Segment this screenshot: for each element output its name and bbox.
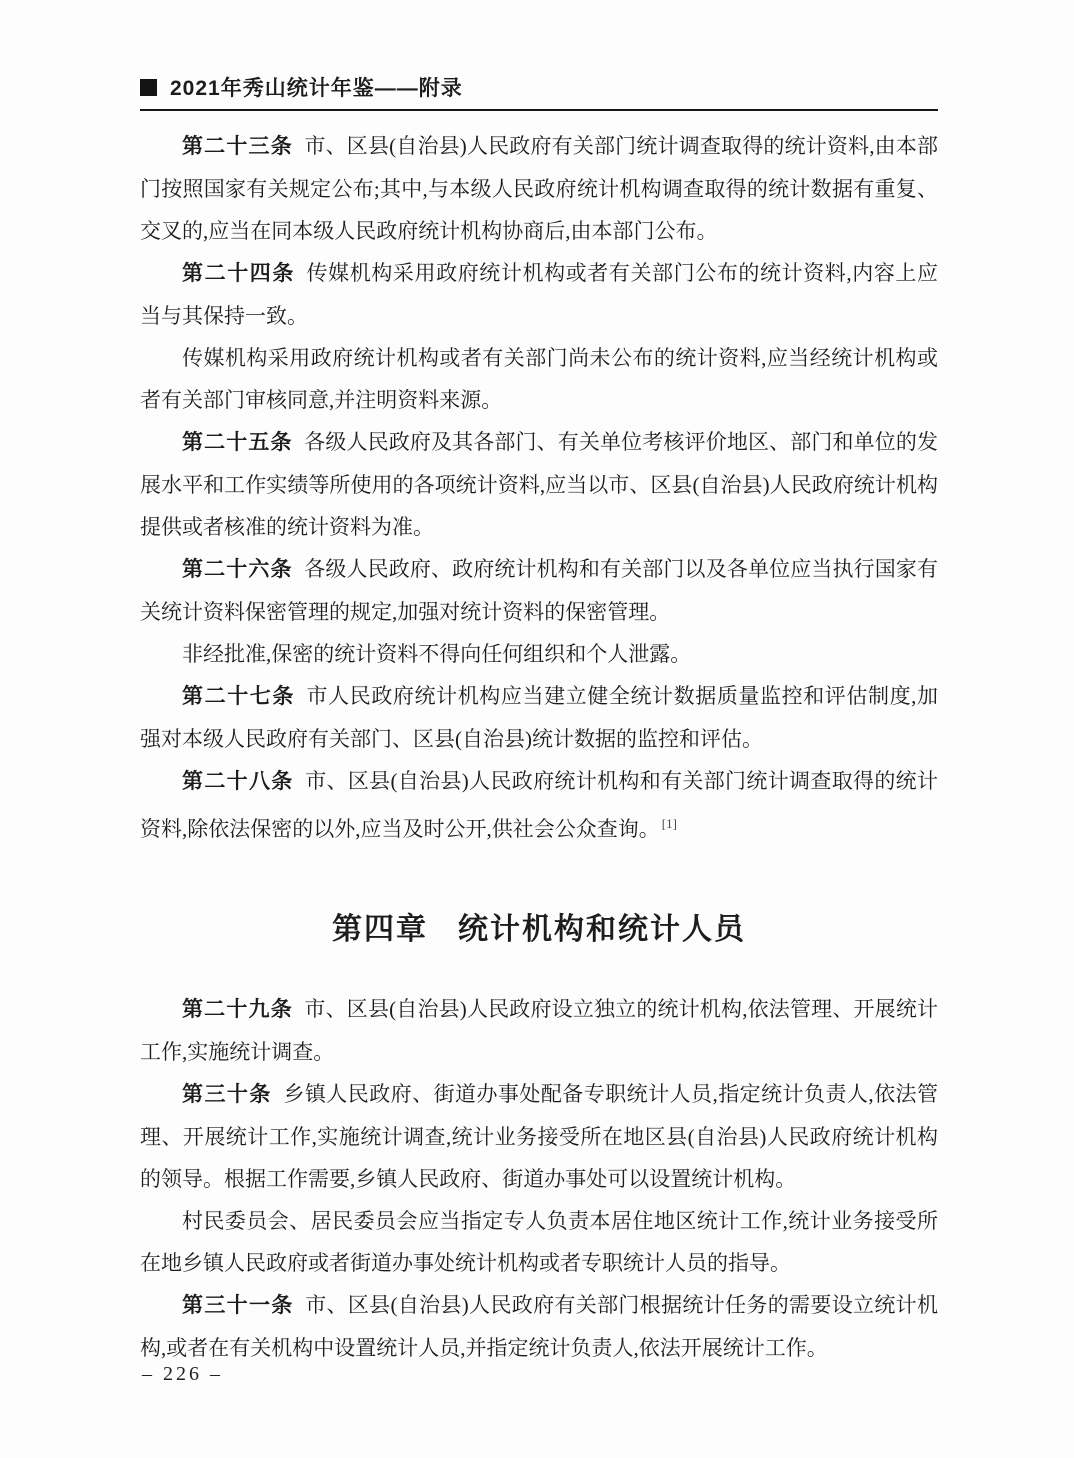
footnote-ref: [1] <box>662 816 677 831</box>
article-number: 第二十八条 <box>182 770 294 793</box>
article-number: 第三十一条 <box>182 1294 294 1317</box>
header-title: 2021年秀山统计年鉴——附录 <box>170 72 463 102</box>
article-paragraph: 第二十八条市、区县(自治县)人民政府统计机构和有关部门统计调查取得的统计资料,除… <box>140 760 938 850</box>
article-paragraph: 第二十四条传媒机构采用政府统计机构或者有关部门公布的统计资料,内容上应当与其保持… <box>140 252 938 337</box>
article-paragraph: 传媒机构采用政府统计机构或者有关部门尚未公布的统计资料,应当经统计机构或者有关部… <box>140 337 938 421</box>
paragraph-text: 传媒机构采用政府统计机构或者有关部门尚未公布的统计资料,应当经统计机构或者有关部… <box>140 346 938 412</box>
article-paragraph: 第二十七条市人民政府统计机构应当建立健全统计数据质量监控和评估制度,加强对本级人… <box>140 675 938 760</box>
article-paragraph: 第二十三条市、区县(自治县)人民政府有关部门统计调查取得的统计资料,由本部门按照… <box>140 125 938 252</box>
article-paragraph: 村民委员会、居民委员会应当指定专人负责本居住地区统计工作,统计业务接受所在地乡镇… <box>140 1200 938 1284</box>
chapter-number: 第四章 <box>332 913 428 946</box>
chapter-heading: 第四章统计机构和统计人员 <box>140 906 938 954</box>
paragraph-text: 村民委员会、居民委员会应当指定专人负责本居住地区统计工作,统计业务接受所在地乡镇… <box>140 1209 938 1275</box>
article-number: 第二十四条 <box>182 262 295 285</box>
article-paragraph: 第二十六条各级人民政府、政府统计机构和有关部门以及各单位应当执行国家有关统计资料… <box>140 548 938 633</box>
article-paragraph: 第二十五条各级人民政府及其各部门、有关单位考核评价地区、部门和单位的发展水平和工… <box>140 421 938 548</box>
article-number: 第二十九条 <box>182 998 293 1021</box>
article-number: 第二十三条 <box>182 135 293 158</box>
article-paragraph: 第三十一条市、区县(自治县)人民政府有关部门根据统计任务的需要设立统计机构,或者… <box>140 1284 938 1369</box>
article-number: 第二十七条 <box>182 685 295 708</box>
article-paragraph: 非经批准,保密的统计资料不得向任何组织和个人泄露。 <box>140 633 938 675</box>
header-rule <box>140 109 938 111</box>
paragraph-text: 非经批准,保密的统计资料不得向任何组织和个人泄露。 <box>182 642 691 666</box>
article-number: 第三十条 <box>182 1083 272 1106</box>
page-number: – 226 – <box>142 1363 223 1386</box>
article-paragraph: 第二十九条市、区县(自治县)人民政府设立独立的统计机构,依法管理、开展统计工作,… <box>140 988 938 1073</box>
chapter-title: 统计机构和统计人员 <box>458 913 746 946</box>
article-number: 第二十六条 <box>182 558 293 581</box>
document-body: 第二十三条市、区县(自治县)人民政府有关部门统计调查取得的统计资料,由本部门按照… <box>140 125 938 1369</box>
article-paragraph: 第三十条乡镇人民政府、街道办事处配备专职统计人员,指定统计负责人,依法管理、开展… <box>140 1073 938 1200</box>
page-header: 2021年秀山统计年鉴——附录 <box>140 0 938 111</box>
header-square-icon <box>140 79 157 96</box>
document-page: 2021年秀山统计年鉴——附录 第二十三条市、区县(自治县)人民政府有关部门统计… <box>0 0 1074 1458</box>
article-number: 第二十五条 <box>182 431 293 454</box>
